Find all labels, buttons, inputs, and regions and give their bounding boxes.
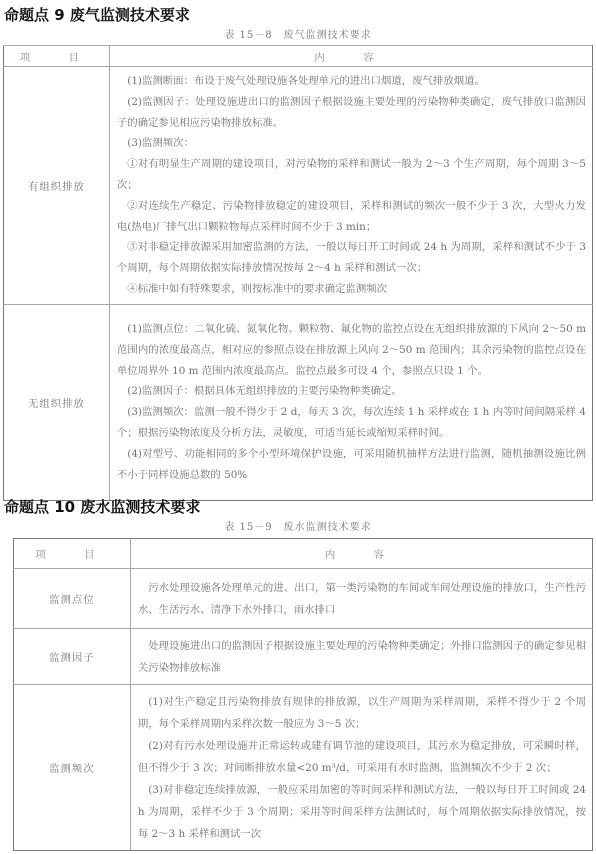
content-paragraph: (1)对生产稳定且污染物排放有规律的排放源，以生产周期为采样周期，采样不得少于 … — [138, 691, 586, 735]
row-label-fugitive-emission: 无组织排放 — [4, 304, 110, 500]
table-header-row: 项 目 内 容 — [14, 539, 593, 569]
content-paragraph: (2)监测因子：根据具体无组织排放的主要污染物种类确定。 — [117, 381, 586, 402]
section-title-wastewater: 命题点 10 废水监测技术要求 — [4, 498, 200, 516]
content-paragraph: ④标准中如有特殊要求，则按标准中的要求确定监测频次 — [117, 279, 586, 300]
content-paragraph: (3)监测频次：监测一般不得少于 2 d，每天 3 次，每次连续 1 h 采样或… — [117, 402, 586, 444]
row-label-monitoring-point: 监测点位 — [14, 569, 131, 629]
table-row: 无组织排放 (1)监测点位：二氧化硫、氮氧化物、颗粒物、氟化物的监控点设在无组织… — [4, 304, 593, 500]
content-paragraph: (3)监测频次： — [117, 133, 586, 154]
content-paragraph: 污水处理设施各处理单元的进、出口，第一类污染物的车间或车间处理设施的排放口，生产… — [138, 577, 586, 621]
content-paragraph: (4)对型号、功能相同的多个小型环境保护设施，可采用随机抽样方法进行监测，随机抽… — [117, 444, 586, 486]
content-paragraph: 处理设施进出口的监测因子根据设施主要处理的污染物种类确定；外排口监测因子的确定参… — [138, 635, 586, 679]
content-paragraph: (2)监测因子：处理设施进出口的监测因子根据设施主要处理的污染物种类确定，废气排… — [117, 92, 586, 134]
table-row: 监测频次 (1)对生产稳定且污染物排放有规律的排放源，以生产周期为采样周期，采样… — [14, 685, 593, 851]
row-content-organized-emission: (1)监测断面：布设于废气处理设施各处理单元的进出口烟道，废气排放烟道。 (2)… — [109, 67, 592, 305]
row-content-monitoring-frequency: (1)对生产稳定且污染物排放有规律的排放源，以生产周期为采样周期，采样不得少于 … — [130, 685, 592, 851]
row-label-monitoring-frequency: 监测频次 — [14, 685, 131, 851]
row-content-monitoring-factor: 处理设施进出口的监测因子根据设施主要处理的污染物种类确定；外排口监测因子的确定参… — [130, 629, 592, 685]
content-paragraph: (2)对有污水处理设施并正常运转或建有调节池的建设项目，其污水为稳定排放，可采瞬… — [138, 735, 586, 779]
table-row: 有组织排放 (1)监测断面：布设于废气处理设施各处理单元的进出口烟道，废气排放烟… — [4, 67, 593, 305]
content-paragraph: (1)监测点位：二氧化硫、氮氧化物、颗粒物、氟化物的监控点设在无组织排放源的下风… — [117, 319, 586, 381]
content-paragraph: (3)对非稳定连续排放源，一般应采用加密的等时间采样和测试方法，一般以每日开工时… — [138, 779, 586, 845]
exhaust-gas-table: 项 目 内 容 有组织排放 (1)监测断面：布设于废气处理设施各处理单元的进出口… — [3, 45, 593, 501]
wastewater-table: 项 目 内 容 监测点位 污水处理设施各处理单元的进、出口，第一类污染物的车间或… — [13, 538, 593, 851]
table-row: 监测点位 污水处理设施各处理单元的进、出口，第一类污染物的车间或车间处理设施的排… — [14, 569, 593, 629]
row-content-fugitive-emission: (1)监测点位：二氧化硫、氮氧化物、颗粒物、氟化物的监控点设在无组织排放源的下风… — [109, 304, 592, 500]
content-paragraph: ①对有明显生产周期的建设项目，对污染物的采样和测试一般为 2～3 个生产周期，每… — [117, 154, 586, 196]
row-label-monitoring-factor: 监测因子 — [14, 629, 131, 685]
header-content: 内 容 — [109, 46, 592, 67]
table-row: 监测因子 处理设施进出口的监测因子根据设施主要处理的污染物种类确定；外排口监测因… — [14, 629, 593, 685]
content-paragraph: (1)监测断面：布设于废气处理设施各处理单元的进出口烟道，废气排放烟道。 — [117, 71, 586, 92]
section-title-exhaust-gas: 命题点 9 废气监测技术要求 — [4, 6, 190, 24]
row-content-monitoring-point: 污水处理设施各处理单元的进、出口，第一类污染物的车间或车间处理设施的排放口，生产… — [130, 569, 592, 629]
header-content: 内 容 — [130, 539, 592, 569]
table-caption-15-8: 表 15－8 废气监测技术要求 — [0, 30, 596, 42]
table-header-row: 项 目 内 容 — [4, 46, 593, 67]
header-item: 项 目 — [14, 539, 131, 569]
table-caption-15-9: 表 15－9 废水监测技术要求 — [0, 522, 596, 534]
header-item: 项 目 — [4, 46, 110, 67]
content-paragraph: ②对连续生产稳定、污染物排放稳定的建设项目，采样和测试的频次一般不少于 3 次，… — [117, 196, 586, 238]
row-label-organized-emission: 有组织排放 — [4, 67, 110, 305]
content-paragraph: ③对非稳定排放源采用加密监测的方法，一般以每日开工时间或 24 h 为周期，采样… — [117, 237, 586, 279]
